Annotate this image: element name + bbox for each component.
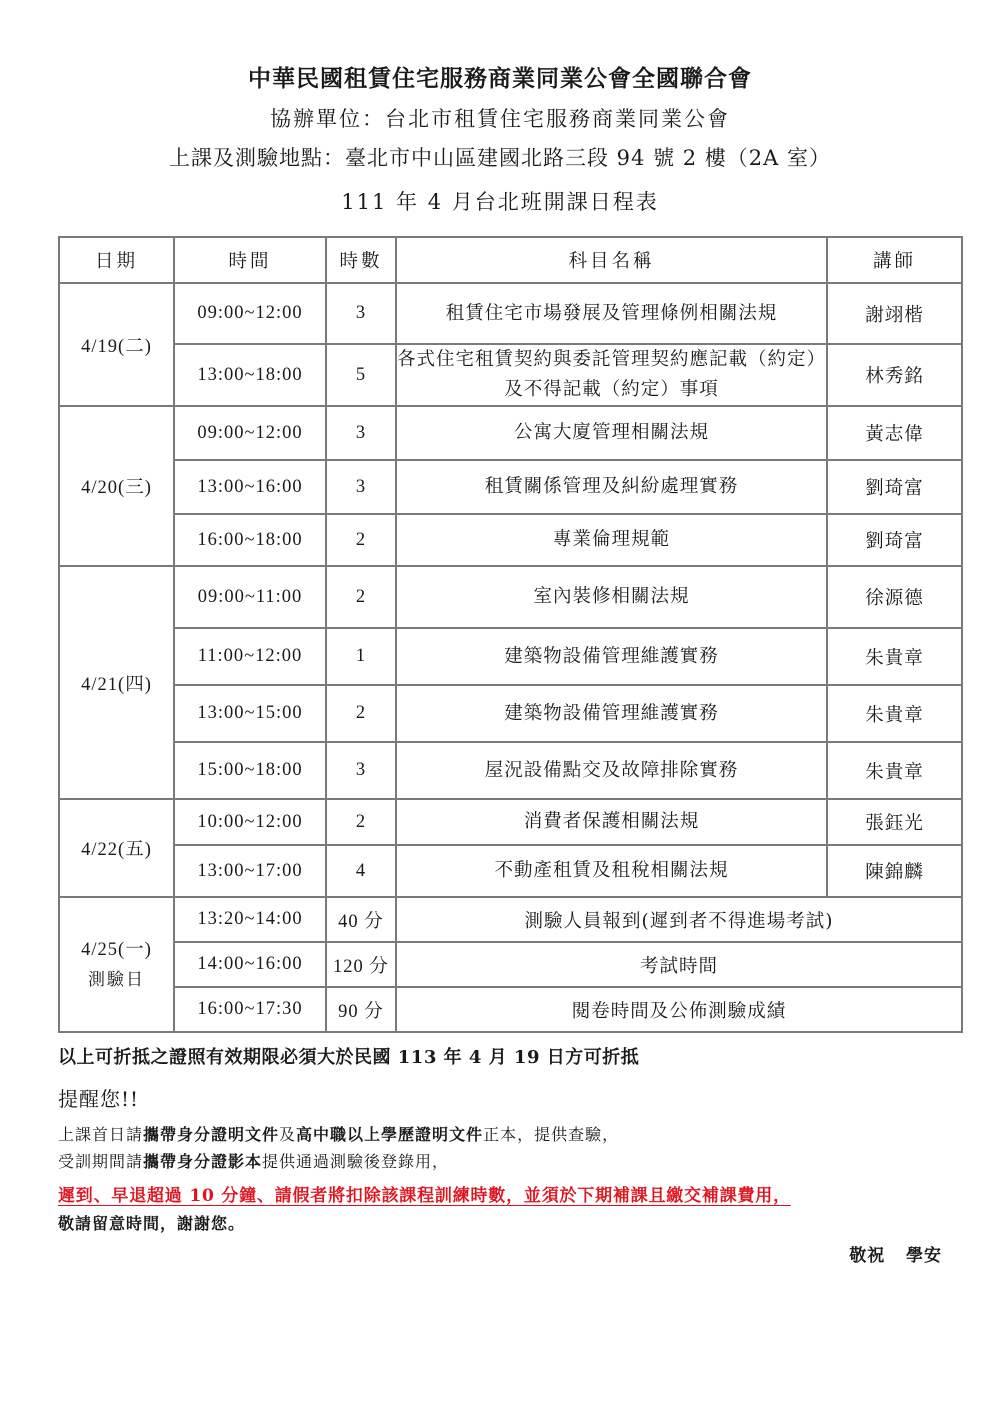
exam-day-label: 測驗日 — [60, 965, 173, 995]
instructor-cell: 朱貴章 — [827, 628, 962, 685]
hours-cell: 3 — [326, 283, 396, 344]
reminder-title: 提醒您!! — [58, 1083, 139, 1112]
time-cell: 09:00~12:00 — [174, 283, 326, 344]
text: 上課首日請 — [58, 1125, 143, 1144]
table-row: 11:00~12:00 1 建築物設備管理維護實務 朱貴章 — [59, 628, 962, 685]
subject-cell: 建築物設備管理維護實務 — [396, 628, 827, 685]
subject-cell: 租賃關係管理及糾紛處理實務 — [396, 460, 827, 514]
hours-cell: 1 — [326, 628, 396, 685]
table-row: 15:00~18:00 3 屋況設備點交及故障排除實務 朱貴章 — [59, 742, 962, 799]
instructor-cell: 林秀銘 — [827, 344, 962, 406]
text: 正本，提供查驗， — [483, 1125, 619, 1144]
time-cell: 11:00~12:00 — [174, 628, 326, 685]
hours-cell: 120 分 — [326, 942, 396, 987]
table-row: 4/21(四) 09:00~11:00 2 室內裝修相關法規 徐源德 — [59, 566, 962, 628]
hours-cell: 4 — [326, 845, 396, 897]
col-subject: 科目名稱 — [396, 237, 827, 283]
table-row: 16:00~18:00 2 專業倫理規範 劉琦富 — [59, 514, 962, 566]
hours-cell: 2 — [326, 566, 396, 628]
hours-cell: 40 分 — [326, 897, 396, 942]
subject-cell: 屋況設備點交及故障排除實務 — [396, 742, 827, 799]
instructor-cell: 張鈺光 — [827, 799, 962, 845]
subject-cell: 公寓大廈管理相關法規 — [396, 406, 827, 460]
time-cell: 16:00~17:30 — [174, 987, 326, 1032]
hours-cell: 90 分 — [326, 987, 396, 1032]
reminder-line-2: 受訓期間請攜帶身分證影本提供通過測驗後登錄用， — [58, 1149, 449, 1172]
time-cell: 13:00~15:00 — [174, 685, 326, 742]
exam-note-cell: 考試時間 — [396, 942, 962, 987]
emphasis: 高中職以上學歷證明文件 — [296, 1125, 483, 1144]
col-time: 時間 — [174, 237, 326, 283]
emphasis: 攜帶身分證明文件 — [143, 1125, 279, 1144]
date-cell: 4/19(二) — [59, 283, 174, 406]
subject-cell: 建築物設備管理維護實務 — [396, 685, 827, 742]
table-row: 4/20(三) 09:00~12:00 3 公寓大廈管理相關法規 黃志偉 — [59, 406, 962, 460]
time-cell: 13:00~17:00 — [174, 845, 326, 897]
instructor-cell: 謝翊楷 — [827, 283, 962, 344]
instructor-cell: 陳錦麟 — [827, 845, 962, 897]
exam-note-cell: 閱卷時間及公佈測驗成績 — [396, 987, 962, 1032]
table-row: 4/19(二) 09:00~12:00 3 租賃住宅市場發展及管理條例相關法規 … — [59, 283, 962, 344]
subject-cell: 不動產租賃及租稅相關法規 — [396, 845, 827, 897]
table-row: 13:00~18:00 5 各式住宅租賃契約與委託管理契約應記載（約定）及不得記… — [59, 344, 962, 406]
hours-cell: 2 — [326, 514, 396, 566]
hours-cell: 3 — [326, 406, 396, 460]
reminder-line-1: 上課首日請攜帶身分證明文件及高中職以上學歷證明文件正本，提供查驗， — [58, 1122, 619, 1145]
text: 提供通過測驗後登錄用， — [262, 1152, 449, 1171]
exam-note-cell: 測驗人員報到(遲到者不得進場考試) — [396, 897, 962, 942]
date-cell: 4/20(三) — [59, 406, 174, 566]
col-instructor: 講師 — [827, 237, 962, 283]
schedule-table: 日期 時間 時數 科目名稱 講師 4/19(二) 09:00~12:00 3 租… — [58, 236, 963, 1033]
subject-cell: 消費者保護相關法規 — [396, 799, 827, 845]
instructor-cell: 朱貴章 — [827, 742, 962, 799]
subject-cell: 專業倫理規範 — [396, 514, 827, 566]
instructor-cell: 徐源德 — [827, 566, 962, 628]
org-title: 中華民國租賃住宅服務商業同業公會全國聯合會 — [0, 60, 1000, 93]
closing-line: 敬請留意時間，謝謝您。 — [58, 1211, 245, 1234]
date-cell: 4/21(四) — [59, 566, 174, 799]
table-row: 16:00~17:30 90 分 閱卷時間及公佈測驗成績 — [59, 987, 962, 1032]
instructor-cell: 朱貴章 — [827, 685, 962, 742]
subject-cell: 租賃住宅市場發展及管理條例相關法規 — [396, 283, 827, 344]
time-cell: 13:20~14:00 — [174, 897, 326, 942]
table-row: 13:00~16:00 3 租賃關係管理及糾紛處理實務 劉琦富 — [59, 460, 962, 514]
date-cell: 4/25(一) 測驗日 — [59, 897, 174, 1032]
sign-off: 敬祝 學安 — [849, 1241, 942, 1266]
time-cell: 13:00~16:00 — [174, 460, 326, 514]
subject-cell: 各式住宅租賃契約與委託管理契約應記載（約定）及不得記載（約定）事項 — [396, 344, 827, 406]
hours-cell: 2 — [326, 799, 396, 845]
table-row: 4/25(一) 測驗日 13:20~14:00 40 分 測驗人員報到(遲到者不… — [59, 897, 962, 942]
table-row: 13:00~15:00 2 建築物設備管理維護實務 朱貴章 — [59, 685, 962, 742]
co-organizer: 協辦單位：台北市租賃住宅服務商業同業公會 — [0, 103, 1000, 133]
col-date: 日期 — [59, 237, 174, 283]
exam-date: 4/25(一) — [60, 935, 173, 965]
table-row: 4/22(五) 10:00~12:00 2 消費者保護相關法規 張鈺光 — [59, 799, 962, 845]
time-cell: 10:00~12:00 — [174, 799, 326, 845]
date-cell: 4/22(五) — [59, 799, 174, 897]
table-row: 14:00~16:00 120 分 考試時間 — [59, 942, 962, 987]
time-cell: 13:00~18:00 — [174, 344, 326, 406]
text: 及 — [279, 1125, 296, 1144]
instructor-cell: 劉琦富 — [827, 460, 962, 514]
table-header-row: 日期 時間 時數 科目名稱 講師 — [59, 237, 962, 283]
hours-cell: 3 — [326, 742, 396, 799]
time-cell: 09:00~12:00 — [174, 406, 326, 460]
time-cell: 15:00~18:00 — [174, 742, 326, 799]
location: 上課及測驗地點：臺北市中山區建國北路三段 94 號 2 樓（2A 室） — [0, 142, 1000, 172]
instructor-cell: 黃志偉 — [827, 406, 962, 460]
hours-cell: 3 — [326, 460, 396, 514]
schedule-title: 111 年 4 月台北班開課日程表 — [0, 186, 1000, 216]
emphasis: 攜帶身分證影本 — [143, 1152, 262, 1171]
time-cell: 14:00~16:00 — [174, 942, 326, 987]
text: 受訓期間請 — [58, 1152, 143, 1171]
hours-cell: 2 — [326, 685, 396, 742]
time-cell: 09:00~11:00 — [174, 566, 326, 628]
subject-cell: 室內裝修相關法規 — [396, 566, 827, 628]
time-cell: 16:00~18:00 — [174, 514, 326, 566]
instructor-cell: 劉琦富 — [827, 514, 962, 566]
col-hours: 時數 — [326, 237, 396, 283]
validity-note: 以上可折抵之證照有效期限必須大於民國 113 年 4 月 19 日方可折抵 — [58, 1043, 639, 1069]
late-warning: 遲到、早退超過 10 分鐘、請假者將扣除該課程訓練時數，並須於下期補課且繳交補課… — [58, 1181, 791, 1206]
hours-cell: 5 — [326, 344, 396, 406]
table-row: 13:00~17:00 4 不動產租賃及租稅相關法規 陳錦麟 — [59, 845, 962, 897]
